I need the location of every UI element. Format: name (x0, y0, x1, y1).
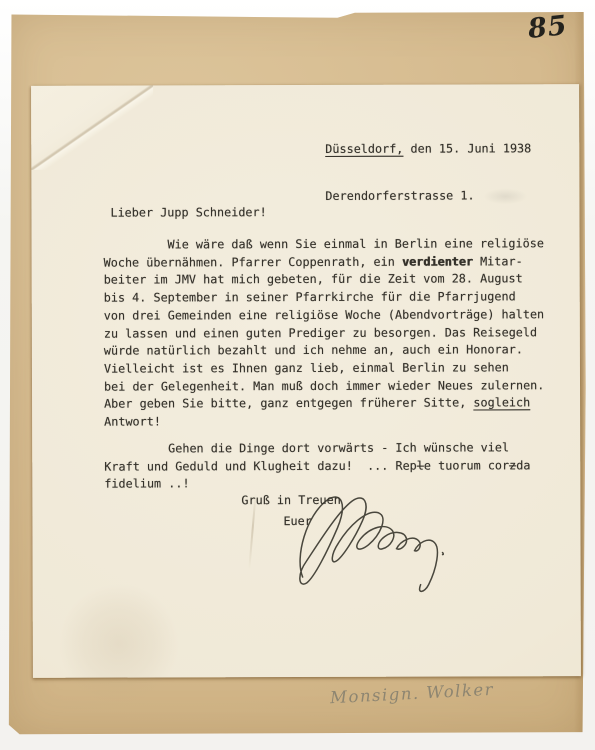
letter-line: Antwort! (104, 412, 544, 431)
heading-date-line: Düsseldorf, den 15. Juni 1938 (325, 141, 531, 157)
letter-text-segment: bis 4. September in seiner Pfarrkirche f… (104, 289, 516, 304)
letter-line: Aber geben Sie bitte, ganz entgegen früh… (104, 395, 544, 414)
letter-text-segment: beiter im JMV hat mich gebeten, für die … (104, 272, 523, 287)
letter-line: Kraft und Geduld und Klugheit dazu! ... … (104, 457, 530, 476)
letter-text-segment: sogleich (473, 396, 530, 410)
letter-text-segment: l (417, 458, 424, 472)
letter-line: von drei Gemeinden eine religiöse Woche … (104, 306, 544, 325)
letter-paper: Düsseldorf, den 15. Juni 1938 Derendorfe… (31, 84, 581, 678)
archive-number: 85 (526, 10, 569, 45)
letter-text-segment: Antwort! (104, 414, 161, 428)
letter-text-segment: verdienter (402, 254, 473, 268)
letter-text-segment: würde natürlich bezahlt und ich nehme an… (104, 343, 523, 358)
pencil-annotation: Monsign. Wolker (330, 680, 495, 708)
letter-text-segment: z (509, 458, 516, 472)
letter-paragraph-1: Wie wäre daß wenn Sie einmal in Berlin e… (104, 235, 545, 431)
letter-text-segment: da (516, 458, 530, 472)
fold-crease (31, 85, 153, 169)
letter-line: Wie wäre daß wenn Sie einmal in Berlin e… (104, 235, 544, 254)
letter-line: Gehen die Dinge dort vorwärts - Ich wüns… (104, 439, 530, 458)
letter-text-segment: Woche übernähmen. Pfarrer Coppenrath, ei… (104, 254, 402, 269)
letter-line: würde natürlich bezahlt und ich nehme an… (104, 341, 544, 360)
paper-stain (59, 583, 179, 703)
letter-line: Woche übernähmen. Pfarrer Coppenrath, ei… (104, 253, 544, 272)
handwritten-signature (294, 491, 454, 604)
letter-paragraph-2: Gehen die Dinge dort vorwärts - Ich wüns… (104, 439, 530, 493)
letter-text-segment: e tuorum cor (424, 458, 509, 472)
letter-text-segment: zu lassen und einen guten Prediger zu be… (104, 325, 537, 340)
heading-place: Düsseldorf, (325, 142, 403, 156)
letter-text-segment: Vielleicht ist es Ihnen ganz lieb, einma… (104, 360, 509, 375)
heading-date: den 15. Juni 1938 (403, 141, 531, 155)
letter-line: Vielleicht ist es Ihnen ganz lieb, einma… (104, 359, 544, 378)
letter-line: zu lassen und einen guten Prediger zu be… (104, 324, 544, 343)
letter-heading: Düsseldorf, den 15. Juni 1938 Derendorfe… (325, 110, 531, 235)
letter-text-segment: von drei Gemeinden eine religiöse Woche … (104, 307, 544, 322)
letter-text-segment: Mitar- (473, 254, 523, 268)
letter-text-segment: Wie wäre daß wenn Sie einmal in Berlin e… (104, 236, 544, 251)
letter-text-segment: Aber geben Sie bitte, ganz entgegen früh… (104, 396, 473, 411)
letter-line: bei der Gelegenheit. Man muß doch immer … (104, 377, 544, 396)
heading-address: Derendorferstrasse 1. (325, 188, 531, 204)
letter-text-segment: Kraft und Geduld und Klugheit dazu! ... … (104, 458, 417, 473)
letter-line: bis 4. September in seiner Pfarrkirche f… (104, 288, 544, 307)
letter-text-segment: Gehen die Dinge dort vorwärts - Ich wüns… (104, 440, 509, 455)
letter-line: beiter im JMV hat mich gebeten, für die … (104, 271, 544, 290)
letter-text-segment: fidelium ..! (104, 477, 189, 491)
salutation: Lieber Jupp Schneider! (110, 204, 266, 222)
letter-text-segment: bei der Gelegenheit. Man muß doch immer … (104, 378, 544, 393)
